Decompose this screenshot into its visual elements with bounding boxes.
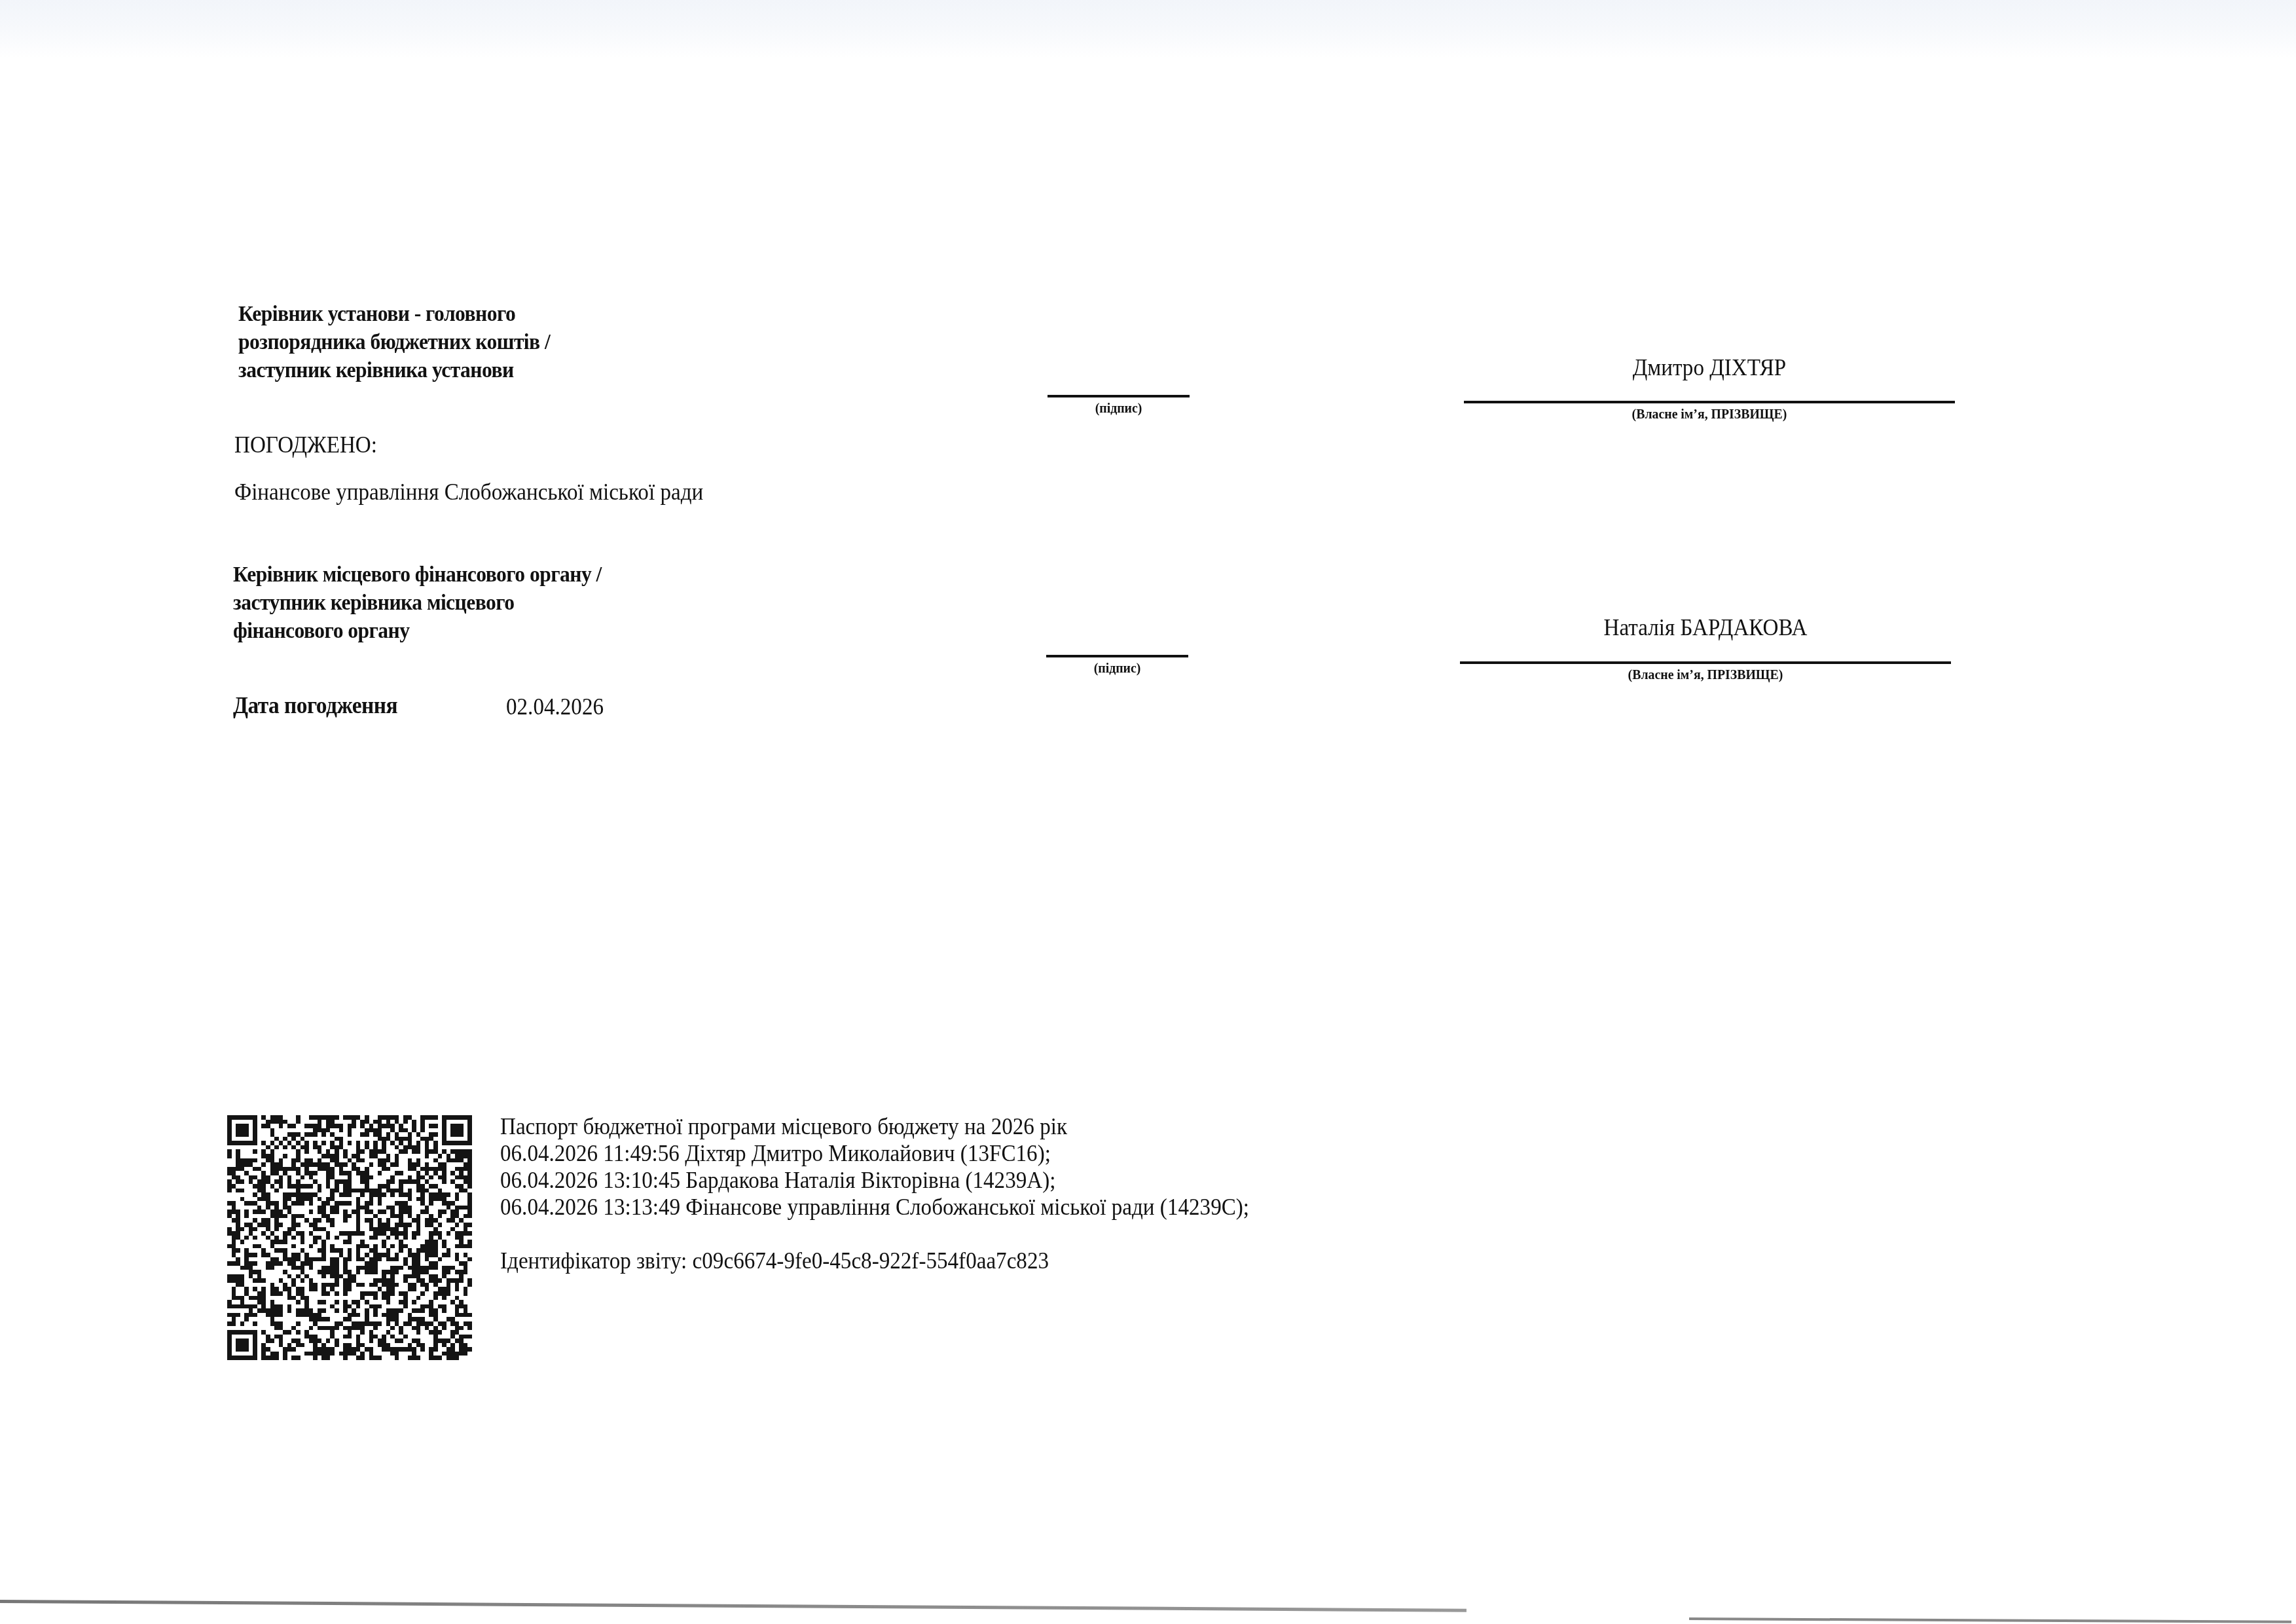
document-title-line: Паспорт бюджетної програми місцевого бюд… [500,1113,1249,1140]
head-role-line-2: розпорядника бюджетних коштів / [238,328,550,356]
finance-role-line-2: заступник керівника місцевого [233,589,602,617]
finance-signature-caption: (підпис) [1053,659,1181,676]
scan-artifact-top [0,0,2296,59]
approval-organization: Фінансове управління Слобожанської міськ… [234,477,703,506]
finance-role-label: Керівник місцевого фінансового органу / … [233,561,602,645]
signature-entry: 06.04.2026 11:49:56 Діхтяр Дмитро Микола… [500,1140,1249,1167]
head-role-line-3: заступник керівника установи [238,356,550,384]
scan-artifact-bottom [0,1600,1467,1612]
head-signature-line [1048,395,1190,397]
qr-code-icon [227,1115,472,1360]
finance-role-line-3: фінансового органу [233,617,602,645]
signature-entry: 06.04.2026 13:10:45 Бардакова Наталія Ві… [500,1167,1249,1194]
finance-signature-line [1046,655,1188,657]
report-id-label: Ідентифікатор звіту: [500,1247,687,1274]
head-name: Дмитро ДІХТЯР [1484,354,1935,381]
head-role-label: Керівник установи - головного розпорядни… [238,300,550,384]
finance-name-line [1460,661,1951,664]
finance-name-caption: (Власне ім’я, ПРІЗВИЩЕ) [1485,666,1927,683]
head-role-line-1: Керівник установи - головного [238,300,550,328]
approval-date-label: Дата погодження [233,692,397,720]
scan-artifact-bottom-2 [1689,1617,2291,1623]
signature-entry: 06.04.2026 13:13:49 Фінансове управління… [500,1194,1249,1221]
head-name-caption: (Власне ім’я, ПРІЗВИЩЕ) [1489,405,1931,422]
signature-log: Паспорт бюджетної програми місцевого бюд… [500,1113,1249,1274]
head-signature-caption: (підпис) [1055,399,1182,416]
head-name-line [1464,401,1955,403]
approval-date-value: 02.04.2026 [506,692,604,721]
approval-label: ПОГОДЖЕНО: [234,430,377,459]
report-id-line: Ідентифікатор звіту: c09c6674-9fe0-45c8-… [500,1247,1249,1274]
report-id-value: c09c6674-9fe0-45c8-922f-554f0aa7c823 [693,1247,1049,1274]
finance-name: Наталія БАРДАКОВА [1480,614,1931,641]
finance-role-line-1: Керівник місцевого фінансового органу / [233,561,602,589]
